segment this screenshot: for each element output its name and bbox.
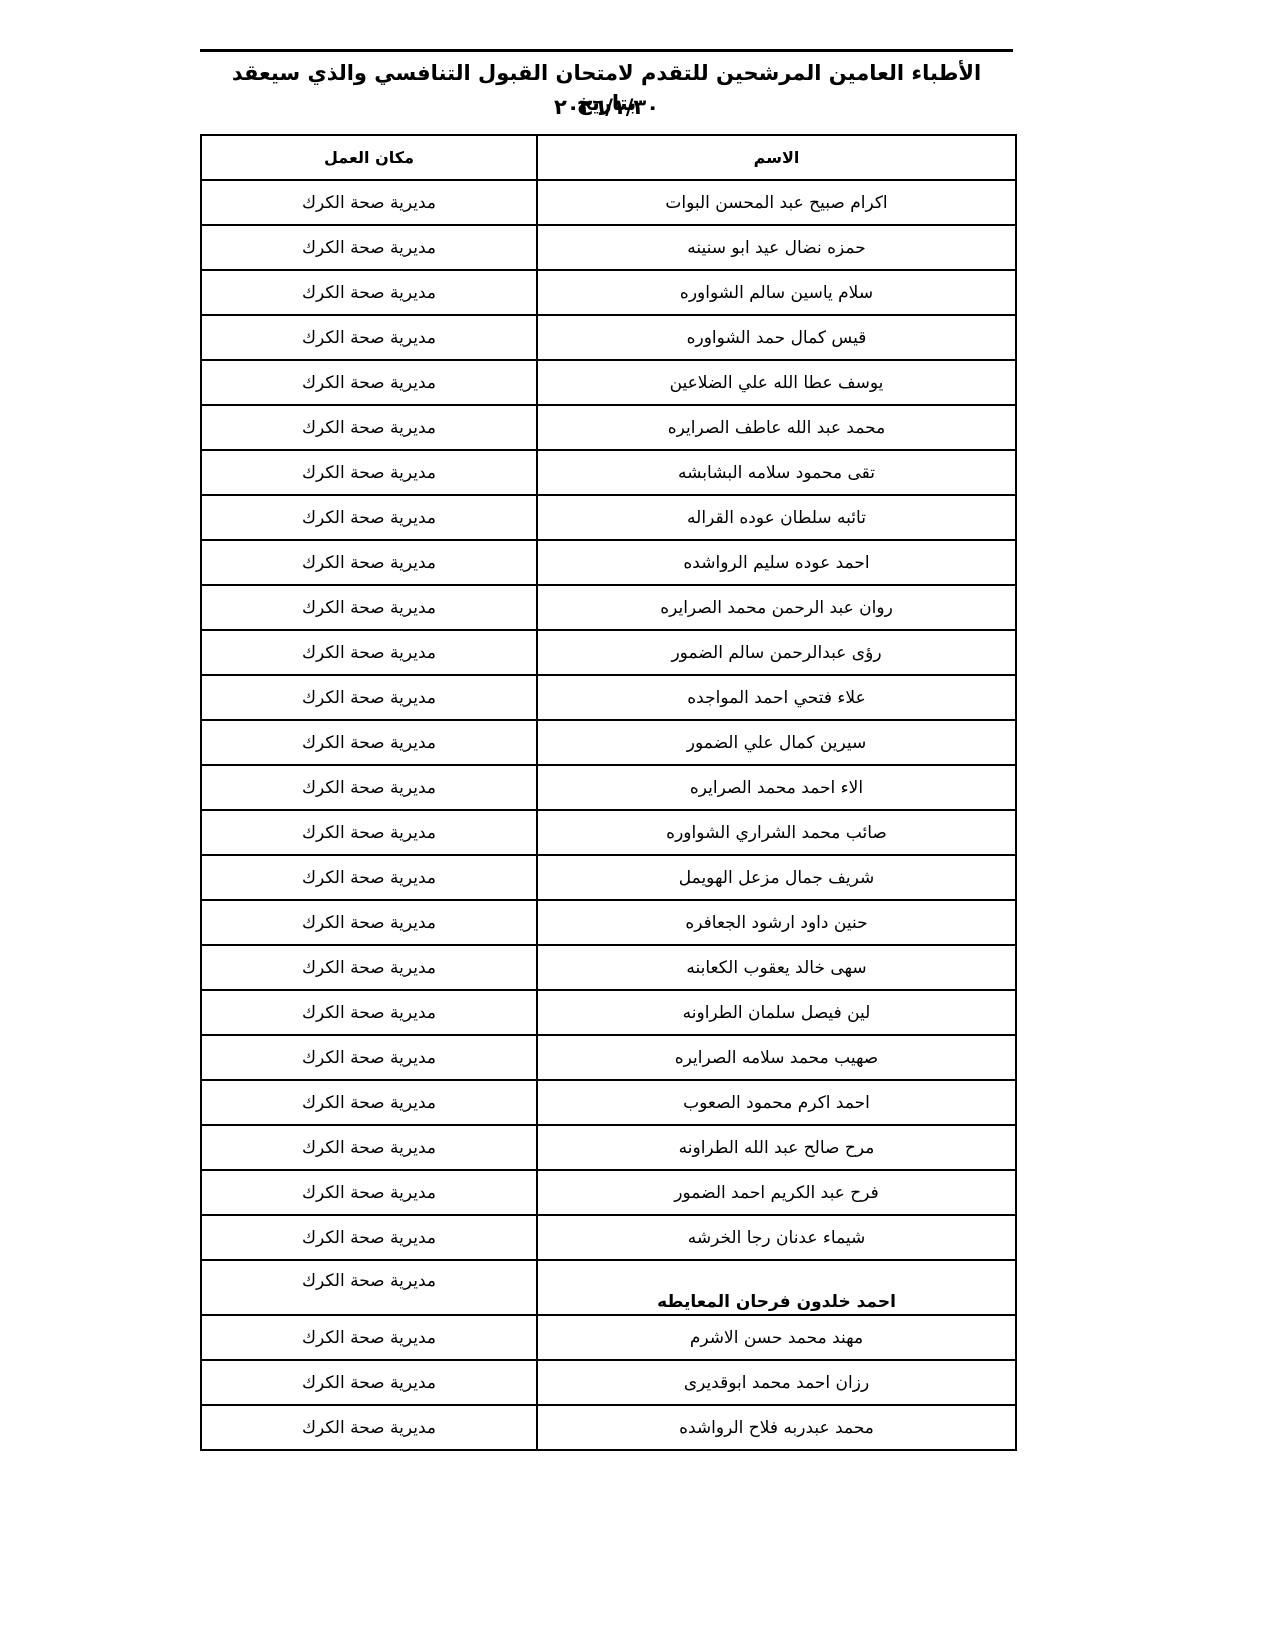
table-row: مهند محمد حسن الاشرممديرية صحة الكرك <box>201 1315 1016 1360</box>
cell-name: روان عبد الرحمن محمد الصرايره <box>537 585 1016 630</box>
table-row: صهيب محمد سلامه الصرايرهمديرية صحة الكرك <box>201 1035 1016 1080</box>
candidates-table: الاسم مكان العمل اكرام صبيح عبد المحسن ا… <box>200 134 1017 1451</box>
cell-workplace: مديرية صحة الكرك <box>201 225 537 270</box>
cell-name: حمزه نضال عيد ابو سنينه <box>537 225 1016 270</box>
cell-name: صائب محمد الشراري الشواوره <box>537 810 1016 855</box>
exam-date: ٢٠٢٦/١/٣٠ <box>200 92 1013 122</box>
cell-workplace: مديرية صحة الكرك <box>201 675 537 720</box>
header-workplace: مكان العمل <box>201 135 537 180</box>
table-row: محمد عبد الله عاطف الصرايرهمديرية صحة ال… <box>201 405 1016 450</box>
table-row: روان عبد الرحمن محمد الصرايرهمديرية صحة … <box>201 585 1016 630</box>
cell-name: تقى محمود سلامه البشابشه <box>537 450 1016 495</box>
table-row: علاء فتحي احمد المواجدهمديرية صحة الكرك <box>201 675 1016 720</box>
cell-name: احمد عوده سليم الرواشده <box>537 540 1016 585</box>
cell-name: مرح صالح عبد الله الطراونه <box>537 1125 1016 1170</box>
table-row: يوسف عطا الله علي الضلاعينمديرية صحة الك… <box>201 360 1016 405</box>
cell-name: رؤى عبدالرحمن سالم الضمور <box>537 630 1016 675</box>
cell-name: احمد اكرم محمود الصعوب <box>537 1080 1016 1125</box>
cell-name: لين فيصل سلمان الطراونه <box>537 990 1016 1035</box>
cell-workplace: مديرية صحة الكرك <box>201 540 537 585</box>
cell-workplace: مديرية صحة الكرك <box>201 1360 537 1405</box>
table-row: مرح صالح عبد الله الطراونهمديرية صحة الك… <box>201 1125 1016 1170</box>
table-row: رؤى عبدالرحمن سالم الضمورمديرية صحة الكر… <box>201 630 1016 675</box>
table-row: شيماء عدنان رجا الخرشهمديرية صحة الكرك <box>201 1215 1016 1260</box>
cell-workplace: مديرية صحة الكرك <box>201 180 537 225</box>
table-row: شريف جمال مزعل الهويملمديرية صحة الكرك <box>201 855 1016 900</box>
table-row: فرح عبد الكريم احمد الضمورمديرية صحة الك… <box>201 1170 1016 1215</box>
table-row: لين فيصل سلمان الطراونهمديرية صحة الكرك <box>201 990 1016 1035</box>
cell-workplace: مديرية صحة الكرك <box>201 945 537 990</box>
cell-workplace: مديرية صحة الكرك <box>201 810 537 855</box>
cell-workplace: مديرية صحة الكرك <box>201 1215 537 1260</box>
cell-workplace: مديرية صحة الكرك <box>201 315 537 360</box>
cell-workplace: مديرية صحة الكرك <box>201 1170 537 1215</box>
cell-name: تائبه سلطان عوده القراله <box>537 495 1016 540</box>
table-row: احمد خلدون فرحان المعايطهمديرية صحة الكر… <box>201 1260 1016 1315</box>
cell-workplace: مديرية صحة الكرك <box>201 1080 537 1125</box>
cell-workplace: مديرية صحة الكرك <box>201 900 537 945</box>
table-row: محمد عبدربه فلاح الرواشدهمديرية صحة الكر… <box>201 1405 1016 1450</box>
cell-workplace: مديرية صحة الكرك <box>201 1405 537 1450</box>
cell-workplace: مديرية صحة الكرك <box>201 495 537 540</box>
cell-name: حنين داود ارشود الجعافره <box>537 900 1016 945</box>
cell-workplace: مديرية صحة الكرك <box>201 990 537 1035</box>
cell-workplace: مديرية صحة الكرك <box>201 630 537 675</box>
table-row: رزان احمد محمد ابوقديرىمديرية صحة الكرك <box>201 1360 1016 1405</box>
table-row: تائبه سلطان عوده القرالهمديرية صحة الكرك <box>201 495 1016 540</box>
cell-name: محمد عبد الله عاطف الصرايره <box>537 405 1016 450</box>
table-header-row: الاسم مكان العمل <box>201 135 1016 180</box>
table-row: صائب محمد الشراري الشواورهمديرية صحة الك… <box>201 810 1016 855</box>
table-row: اكرام صبيح عبد المحسن البواتمديرية صحة ا… <box>201 180 1016 225</box>
cell-name: علاء فتحي احمد المواجده <box>537 675 1016 720</box>
table-row: قيس كمال حمد الشواورهمديرية صحة الكرك <box>201 315 1016 360</box>
cell-name: سيرين كمال علي الضمور <box>537 720 1016 765</box>
cell-name: احمد خلدون فرحان المعايطه <box>537 1260 1016 1315</box>
cell-name: شريف جمال مزعل الهويمل <box>537 855 1016 900</box>
cell-name: اكرام صبيح عبد المحسن البوات <box>537 180 1016 225</box>
table-row: حمزه نضال عيد ابو سنينهمديرية صحة الكرك <box>201 225 1016 270</box>
cell-name: سهى خالد يعقوب الكعابنه <box>537 945 1016 990</box>
table-row: حنين داود ارشود الجعافرهمديرية صحة الكرك <box>201 900 1016 945</box>
cell-workplace: مديرية صحة الكرك <box>201 765 537 810</box>
cell-workplace: مديرية صحة الكرك <box>201 585 537 630</box>
cell-name: فرح عبد الكريم احمد الضمور <box>537 1170 1016 1215</box>
table-row: سهى خالد يعقوب الكعابنهمديرية صحة الكرك <box>201 945 1016 990</box>
cell-name: الاء احمد محمد الصرايره <box>537 765 1016 810</box>
header-name: الاسم <box>537 135 1016 180</box>
cell-workplace: مديرية صحة الكرك <box>201 855 537 900</box>
cell-name: قيس كمال حمد الشواوره <box>537 315 1016 360</box>
cell-workplace: مديرية صحة الكرك <box>201 450 537 495</box>
cell-name: يوسف عطا الله علي الضلاعين <box>537 360 1016 405</box>
cell-name: مهند محمد حسن الاشرم <box>537 1315 1016 1360</box>
cell-workplace: مديرية صحة الكرك <box>201 360 537 405</box>
cell-workplace: مديرية صحة الكرك <box>201 405 537 450</box>
cell-workplace: مديرية صحة الكرك <box>201 1260 537 1315</box>
table-row: احمد اكرم محمود الصعوبمديرية صحة الكرك <box>201 1080 1016 1125</box>
cell-workplace: مديرية صحة الكرك <box>201 270 537 315</box>
table-row: تقى محمود سلامه البشابشهمديرية صحة الكرك <box>201 450 1016 495</box>
table-row: سيرين كمال علي الضمورمديرية صحة الكرك <box>201 720 1016 765</box>
cell-name: صهيب محمد سلامه الصرايره <box>537 1035 1016 1080</box>
table-row: الاء احمد محمد الصرايرهمديرية صحة الكرك <box>201 765 1016 810</box>
cell-name: رزان احمد محمد ابوقديرى <box>537 1360 1016 1405</box>
top-rule <box>200 49 1013 52</box>
cell-workplace: مديرية صحة الكرك <box>201 720 537 765</box>
cell-workplace: مديرية صحة الكرك <box>201 1125 537 1170</box>
cell-workplace: مديرية صحة الكرك <box>201 1315 537 1360</box>
cell-workplace: مديرية صحة الكرك <box>201 1035 537 1080</box>
cell-name: محمد عبدربه فلاح الرواشده <box>537 1405 1016 1450</box>
table-row: سلام ياسين سالم الشواورهمديرية صحة الكرك <box>201 270 1016 315</box>
cell-name: سلام ياسين سالم الشواوره <box>537 270 1016 315</box>
cell-name: شيماء عدنان رجا الخرشه <box>537 1215 1016 1260</box>
table-row: احمد عوده سليم الرواشدهمديرية صحة الكرك <box>201 540 1016 585</box>
